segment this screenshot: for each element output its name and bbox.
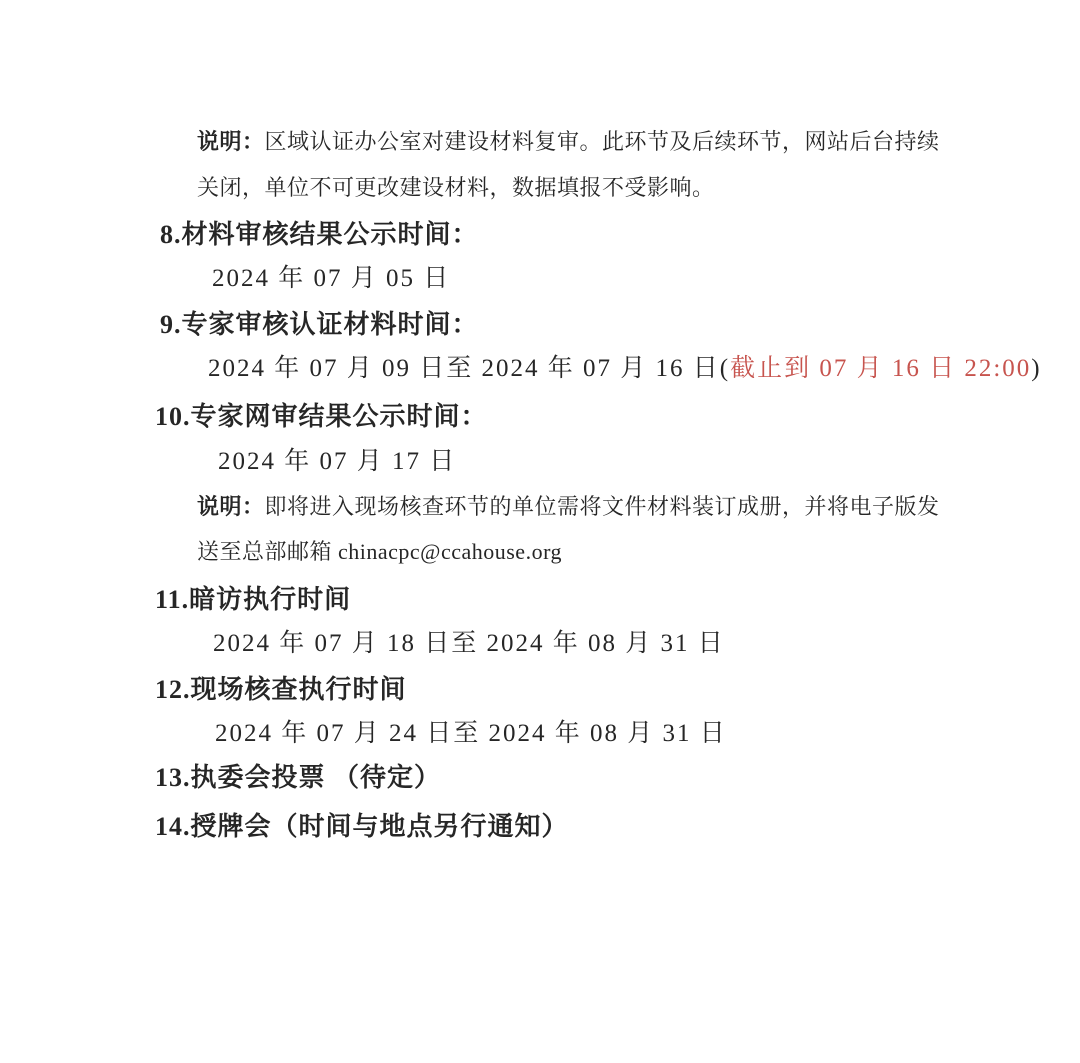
note-after-7-line2: 关闭，单位不可更改建设材料，数据填报不受影响。: [197, 177, 715, 199]
email-text: chinacpc@ccahouse.org: [338, 539, 562, 564]
item-9-date: 2024 年 07 月 09 日至 2024 年 07 月 16 日(截止到 0…: [208, 356, 1042, 381]
note-after-7-line1: 说明：区域认证办公室对建设材料复审。此环节及后续环节，网站后台持续: [197, 131, 940, 153]
note-label: 说明：: [197, 129, 265, 154]
item-9-date-close: ): [1031, 355, 1041, 382]
note-after-10-line1: 说明：即将进入现场核查环节的单位需将文件材料装订成册，并将电子版发: [197, 496, 940, 518]
item-13-heading: 13.执委会投票 （待定）: [155, 765, 441, 791]
item-12-heading: 12.现场核查执行时间: [155, 677, 407, 703]
note-label: 说明：: [197, 494, 265, 519]
item-10-heading: 10.专家网审结果公示时间：: [155, 404, 488, 430]
item-9-date-range: 2024 年 07 月 09 日至 2024 年 07 月 16 日(: [208, 355, 730, 382]
note-after-10-line2: 送至总部邮箱 chinacpc@ccahouse.org: [197, 541, 562, 563]
document-page: 说明：区域认证办公室对建设材料复审。此环节及后续环节，网站后台持续 关闭，单位不…: [0, 0, 1080, 1063]
item-11-heading: 11.暗访执行时间: [155, 587, 351, 613]
note-text: 送至总部邮箱: [197, 539, 338, 564]
item-11-date: 2024 年 07 月 18 日至 2024 年 08 月 31 日: [213, 631, 725, 656]
item-9-deadline-red: 截止到 07 月 16 日 22:00: [730, 355, 1031, 382]
note-text: 区域认证办公室对建设材料复审。此环节及后续环节，网站后台持续: [265, 129, 940, 154]
item-12-date: 2024 年 07 月 24 日至 2024 年 08 月 31 日: [215, 721, 727, 746]
note-text: 即将进入现场核查环节的单位需将文件材料装订成册，并将电子版发: [265, 494, 940, 519]
note-text: 关闭，单位不可更改建设材料，数据填报不受影响。: [197, 175, 715, 200]
item-10-date: 2024 年 07 月 17 日: [218, 449, 456, 474]
item-14-heading: 14.授牌会（时间与地点另行通知）: [155, 814, 569, 840]
item-8-heading: 8.材料审核结果公示时间：: [160, 222, 479, 248]
item-8-date: 2024 年 07 月 05 日: [212, 266, 450, 291]
item-9-heading: 9.专家审核认证材料时间：: [160, 312, 479, 338]
